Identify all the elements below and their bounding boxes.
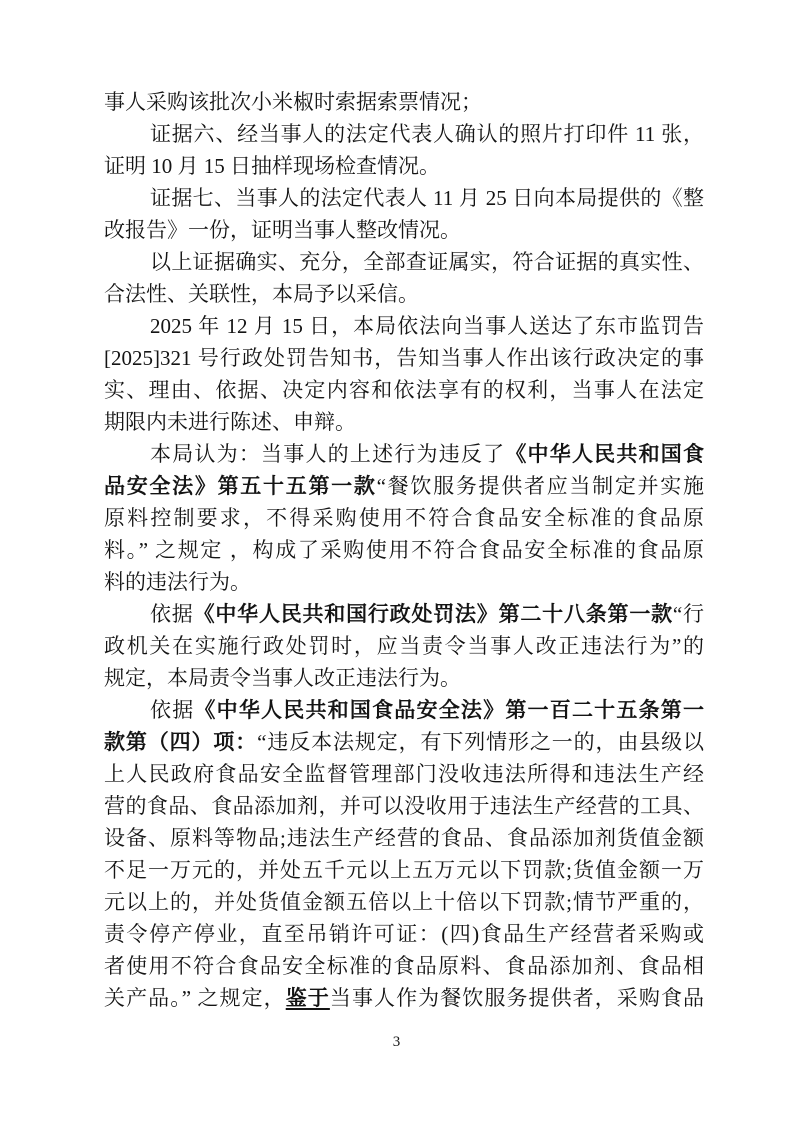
document-line: 关产品。” 之规定，鉴于当事人作为餐饮服务提供者，采购食品	[104, 982, 704, 1014]
law-citation-bold: 《中华人民共和国食	[505, 442, 704, 466]
law-citation-bold: 品安全法》第五十五第一款	[104, 474, 377, 498]
text-run: 事人采购该批次小米椒时索据索票情况；	[104, 90, 482, 114]
document-line: 期限内未进行陈述、申辩。	[104, 406, 704, 438]
text-run: “行	[673, 602, 704, 626]
text-run: 依据	[150, 698, 194, 722]
document-line: 证据六、经当事人的法定代表人确认的照片打印件 11 张，	[104, 118, 704, 150]
text-run: 责令停产停业，直至吊销许可证：(四)食品生产经营者采购或	[104, 922, 704, 946]
text-run: 者使用不符合食品安全标准的食品原料、食品添加剂、食品相	[104, 954, 704, 978]
text-run: 证据七、当事人的法定代表人 11 月 25 日向本局提供的《整	[150, 186, 704, 210]
law-citation-bold: 款第（四）项：	[104, 730, 257, 754]
text-run: 营的食品、食品添加剂，并可以没收用于违法生产经营的工具、	[104, 794, 704, 818]
law-citation-bold: 《中华人民共和国行政处罚法》第二十八条第一款	[194, 602, 673, 626]
document-line: 规定，本局责令当事人改正违法行为。	[104, 662, 704, 694]
document-page: 事人采购该批次小米椒时索据索票情况；证据六、经当事人的法定代表人确认的照片打印件…	[0, 0, 793, 1122]
text-run: 证据六、经当事人的法定代表人确认的照片打印件 11 张，	[150, 122, 704, 146]
text-run: 以上证据确实、充分，全部查证属实，符合证据的真实性、	[150, 250, 704, 274]
document-line: 设备、原料等物品;违法生产经营的食品、食品添加剂货值金额	[104, 822, 704, 854]
text-run: 上人民政府食品安全监督管理部门没收违法所得和违法生产经	[104, 762, 704, 786]
text-run: 原料控制要求，不得采购使用不符合食品安全标准的食品原	[104, 506, 704, 530]
document-line: 责令停产停业，直至吊销许可证：(四)食品生产经营者采购或	[104, 918, 704, 950]
text-run: 设备、原料等物品;违法生产经营的食品、食品添加剂货值金额	[104, 826, 704, 850]
text-run: 2025 年 12 月 15 日，本局依法向当事人送达了东市监罚告	[150, 314, 704, 338]
document-line: 证明 10 月 15 日抽样现场检查情况。	[104, 150, 704, 182]
document-line: 上人民政府食品安全监督管理部门没收违法所得和违法生产经	[104, 758, 704, 790]
document-line: 品安全法》第五十五第一款“餐饮服务提供者应当制定并实施	[104, 470, 704, 502]
text-run: 期限内未进行陈述、申辩。	[104, 410, 356, 434]
document-line: 不足一万元的，并处五千元以上五万元以下罚款;货值金额一万	[104, 854, 704, 886]
document-line: 者使用不符合食品安全标准的食品原料、食品添加剂、食品相	[104, 950, 704, 982]
text-run: “违反本法规定，有下列情形之一的，由县级以	[257, 730, 704, 754]
document-line: 事人采购该批次小米椒时索据索票情况；	[104, 86, 704, 118]
text-run: [2025]321 号行政处罚告知书，告知当事人作出该行政决定的事	[104, 346, 704, 370]
text-run: 改报告》一份，证明当事人整改情况。	[104, 218, 461, 242]
text-run: 依据	[150, 602, 194, 626]
text-run: 实、理由、依据、决定内容和依法享有的权利，当事人在法定	[104, 378, 704, 402]
document-line: 证据七、当事人的法定代表人 11 月 25 日向本局提供的《整	[104, 182, 704, 214]
document-line: 依据《中华人民共和国行政处罚法》第二十八条第一款“行	[104, 598, 704, 630]
document-line: 料的违法行为。	[104, 566, 704, 598]
document-body: 事人采购该批次小米椒时索据索票情况；证据六、经当事人的法定代表人确认的照片打印件…	[104, 86, 704, 1014]
text-run: 本局认为：当事人的上述行为违反了	[150, 442, 505, 466]
emphasized-term: 鉴于	[286, 986, 330, 1010]
text-run: 料的违法行为。	[104, 570, 251, 594]
text-run: 当事人作为餐饮服务提供者，采购食品	[330, 986, 704, 1010]
document-line: 本局认为：当事人的上述行为违反了《中华人民共和国食	[104, 438, 704, 470]
text-run: 证明 10 月 15 日抽样现场检查情况。	[104, 154, 440, 178]
text-run: 关产品。” 之规定，	[104, 986, 286, 1010]
text-run: 元以上的，并处货值金额五倍以上十倍以下罚款;情节严重的，	[104, 890, 704, 914]
document-line: 依据《中华人民共和国食品安全法》第一百二十五条第一	[104, 694, 704, 726]
document-line: 料。” 之规定 ，构成了采购使用不符合食品安全标准的食品原	[104, 534, 704, 566]
document-line: [2025]321 号行政处罚告知书，告知当事人作出该行政决定的事	[104, 342, 704, 374]
page-number: 3	[0, 1034, 793, 1051]
document-line: 以上证据确实、充分，全部查证属实，符合证据的真实性、	[104, 246, 704, 278]
document-line: 合法性、关联性，本局予以采信。	[104, 278, 704, 310]
document-line: 原料控制要求，不得采购使用不符合食品安全标准的食品原	[104, 502, 704, 534]
document-line: 营的食品、食品添加剂，并可以没收用于违法生产经营的工具、	[104, 790, 704, 822]
text-run: 料。” 之规定 ，构成了采购使用不符合食品安全标准的食品原	[104, 538, 704, 562]
document-line: 政机关在实施行政处罚时，应当责令当事人改正违法行为”的	[104, 630, 704, 662]
document-line: 2025 年 12 月 15 日，本局依法向当事人送达了东市监罚告	[104, 310, 704, 342]
document-line: 元以上的，并处货值金额五倍以上十倍以下罚款;情节严重的，	[104, 886, 704, 918]
text-run: 合法性、关联性，本局予以采信。	[104, 282, 419, 306]
document-line: 款第（四）项：“违反本法规定，有下列情形之一的，由县级以	[104, 726, 704, 758]
law-citation-bold: 《中华人民共和国食品安全法》第一百二十五条第一	[194, 698, 704, 722]
text-run: 不足一万元的，并处五千元以上五万元以下罚款;货值金额一万	[104, 858, 704, 882]
document-line: 实、理由、依据、决定内容和依法享有的权利，当事人在法定	[104, 374, 704, 406]
text-run: 规定，本局责令当事人改正违法行为。	[104, 666, 461, 690]
text-run: “餐饮服务提供者应当制定并实施	[377, 474, 704, 498]
document-line: 改报告》一份，证明当事人整改情况。	[104, 214, 704, 246]
text-run: 政机关在实施行政处罚时，应当责令当事人改正违法行为”的	[104, 634, 704, 658]
